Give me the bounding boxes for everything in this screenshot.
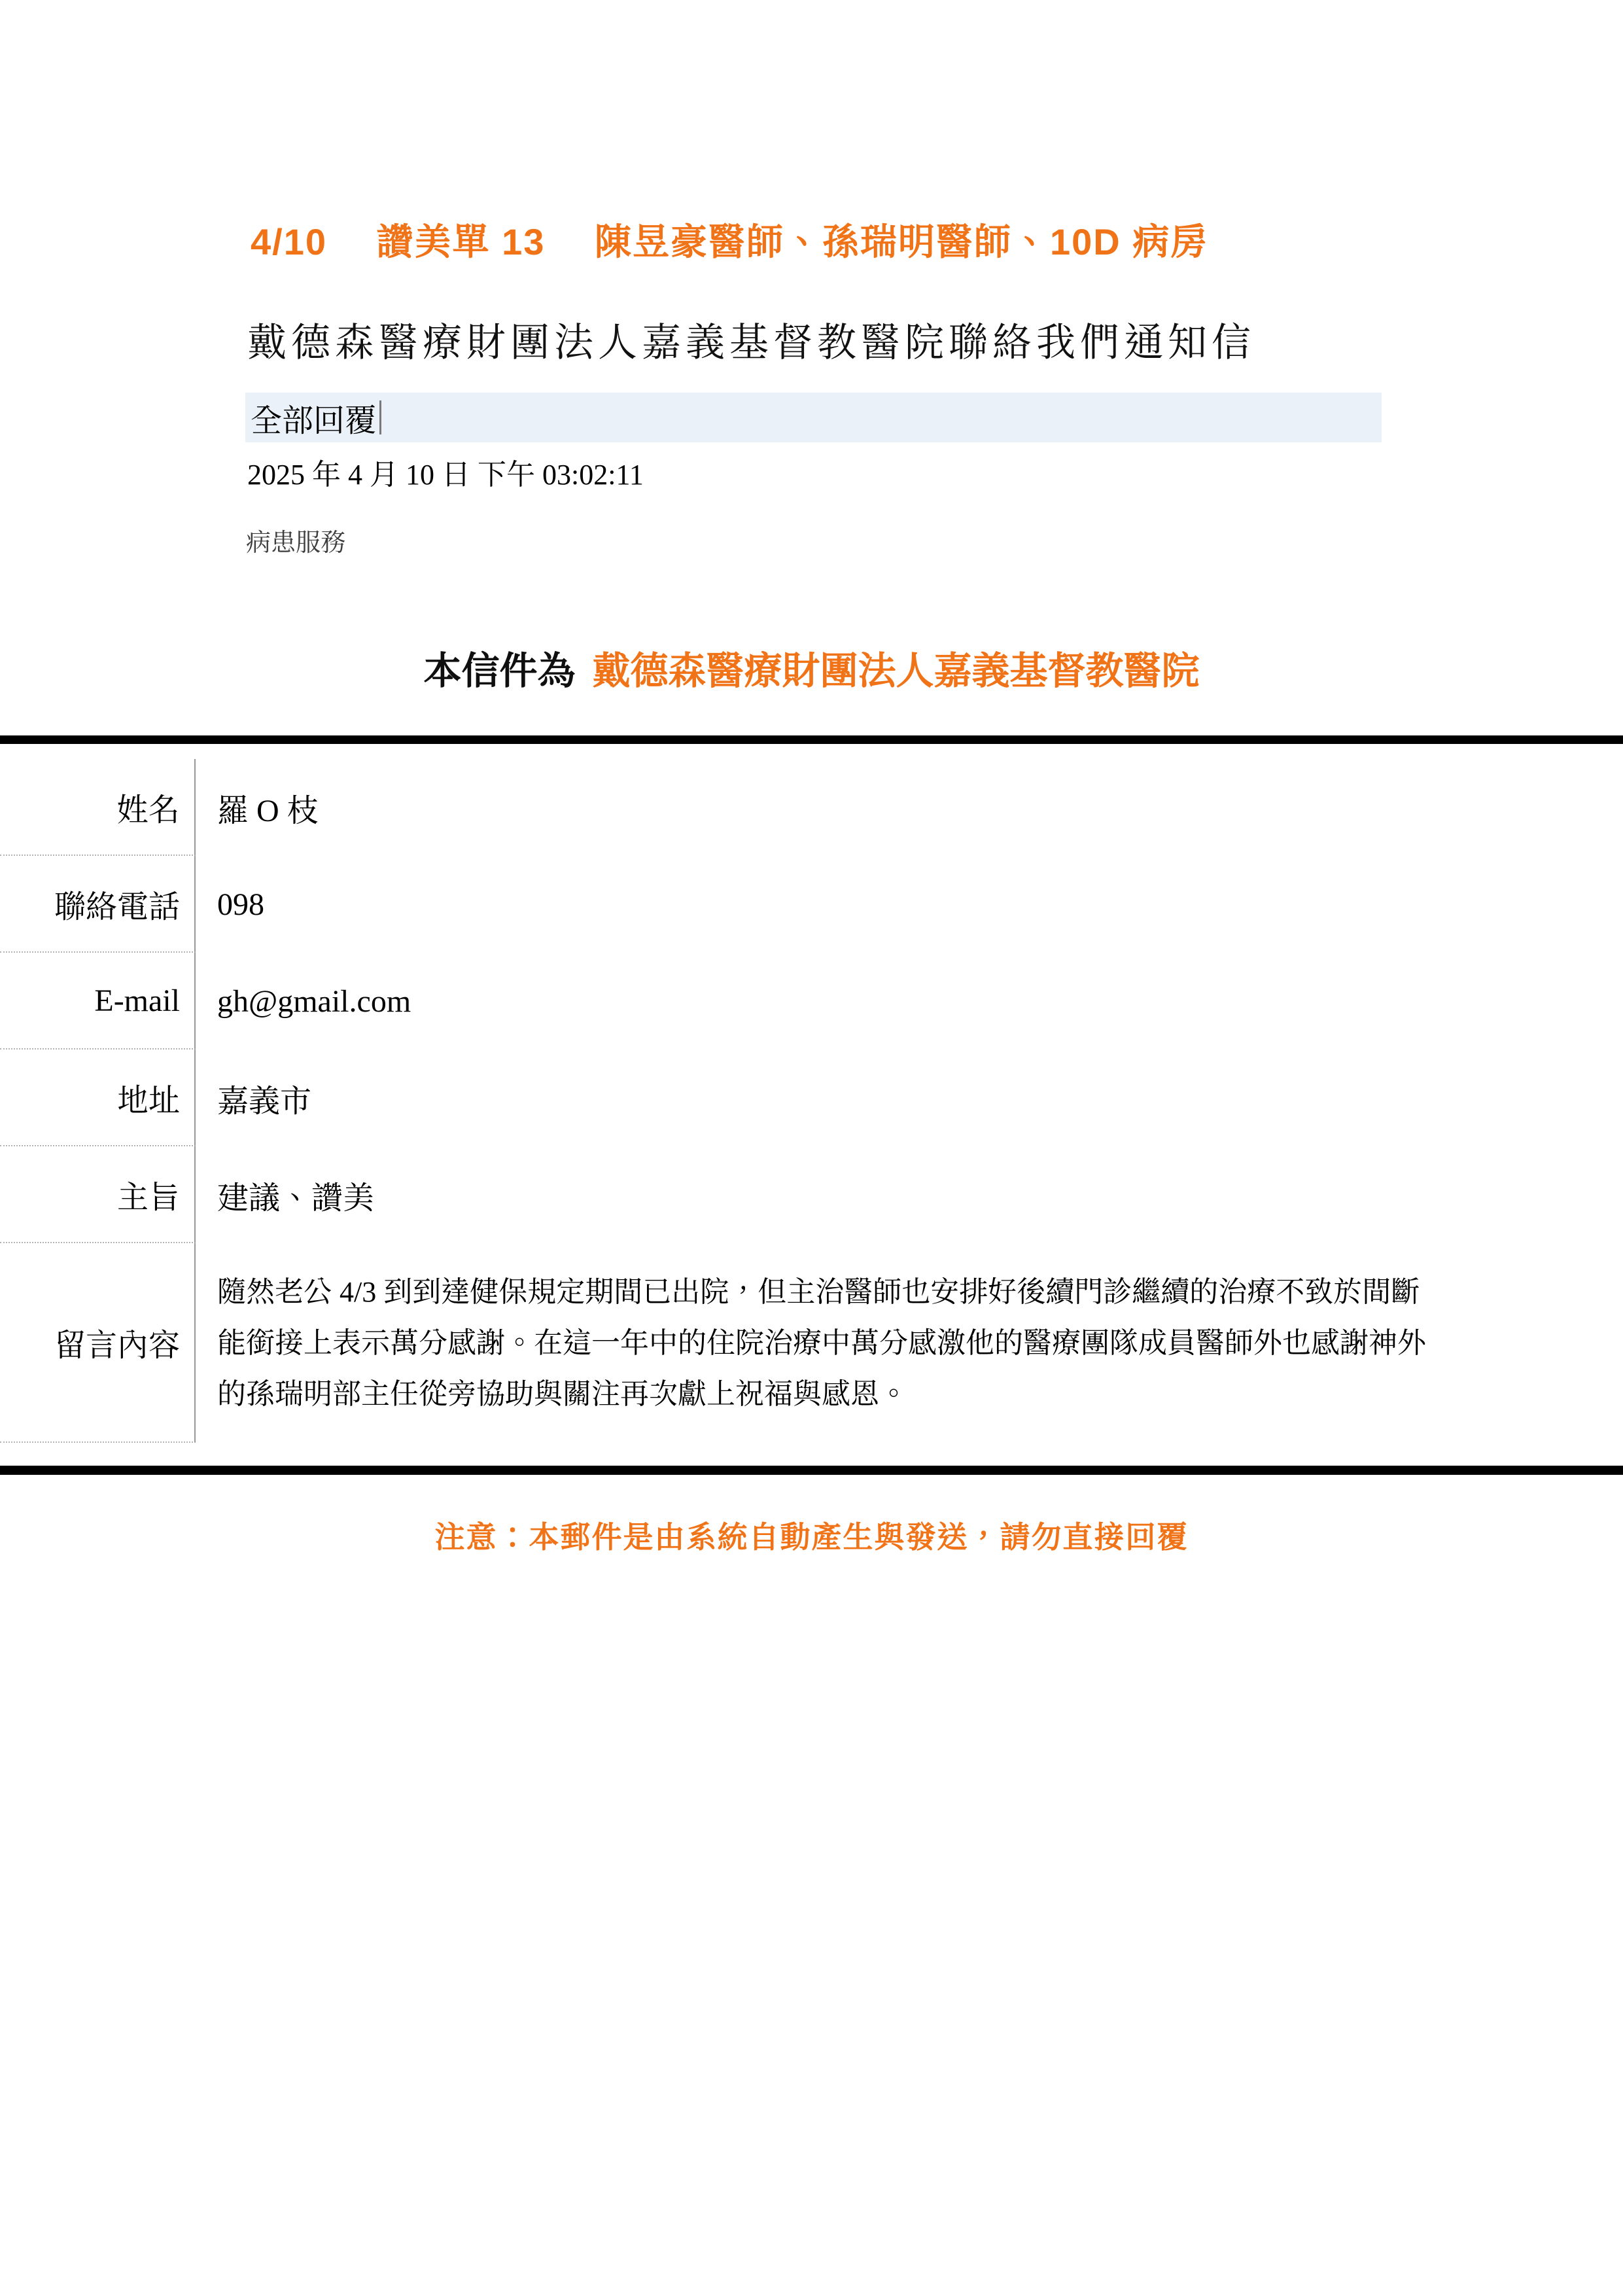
table-row-phone: 聯絡電話 098	[0, 856, 1623, 953]
reply-all-bar[interactable]: 全部回覆	[245, 393, 1382, 442]
system-footer-note: 注意：本郵件是由系統自動產生與發送，請勿直接回覆	[0, 1518, 1623, 1556]
notice-hospital-name: 戴德森醫療財團法人嘉義基督教醫院	[593, 650, 1200, 692]
email-department: 病患服務	[246, 527, 345, 559]
row-value: 嘉義市	[196, 1050, 1623, 1146]
table-row-address: 地址 嘉義市	[0, 1050, 1623, 1146]
row-value: gh@gmail.com	[196, 953, 1623, 1050]
row-label: 地址	[0, 1050, 196, 1146]
row-label: 聯絡電話	[0, 856, 196, 953]
message-line: 能銜接上表示萬分感謝。在這一年中的住院治療中萬分感激他的醫療團隊成員醫師外也感謝…	[217, 1318, 1426, 1369]
table-row-message: 留言內容 隨然老公 4/3 到到達健保規定期間已出院，但主治醫師也安排好後續門診…	[0, 1243, 1623, 1443]
row-value: 098	[196, 856, 1623, 953]
divider-bottom	[0, 1466, 1623, 1475]
divider-top	[0, 735, 1623, 744]
page: 4/10 讚美單 13 陳昱豪醫師、孫瑞明醫師、10D 病房 戴德森醫療財團法人…	[0, 0, 1623, 2296]
row-label: 姓名	[0, 759, 196, 856]
row-value-message: 隨然老公 4/3 到到達健保規定期間已出院，但主治醫師也安排好後續門診繼續的治療…	[196, 1243, 1623, 1443]
email-datetime: 2025 年 4 月 10 日 下午 03:02:11	[247, 457, 644, 493]
row-value: 羅 O 枝	[196, 759, 1623, 856]
row-value: 建議、讚美	[196, 1146, 1623, 1243]
text-cursor	[379, 400, 381, 434]
message-line: 隨然老公 4/3 到到達健保規定期間已出院，但主治醫師也安排好後續門診繼續的治療…	[217, 1267, 1420, 1318]
table-row-subject: 主旨 建議、讚美	[0, 1146, 1623, 1243]
hospital-notice-line: 本信件為戴德森醫療財團法人嘉義基督教醫院	[0, 648, 1623, 695]
table-row-email: E-mail gh@gmail.com	[0, 953, 1623, 1050]
row-label: E-mail	[0, 953, 196, 1050]
email-title: 4/10 讚美單 13 陳昱豪醫師、孫瑞明醫師、10D 病房	[251, 220, 1208, 264]
table-row-name: 姓名 羅 O 枝	[0, 759, 1623, 856]
email-subject: 戴德森醫療財團法人嘉義基督教醫院聯絡我們通知信	[247, 319, 1255, 366]
contact-form-table: 姓名 羅 O 枝 聯絡電話 098 E-mail gh@gmail.com 地址…	[0, 759, 1623, 1443]
row-label: 留言內容	[0, 1243, 196, 1443]
reply-all-label: 全部回覆	[251, 395, 376, 440]
message-line: 的孫瑞明部主任從旁協助與關注再次獻上祝福與感恩。	[217, 1369, 908, 1420]
row-label: 主旨	[0, 1146, 196, 1243]
notice-prefix: 本信件為	[423, 650, 575, 692]
